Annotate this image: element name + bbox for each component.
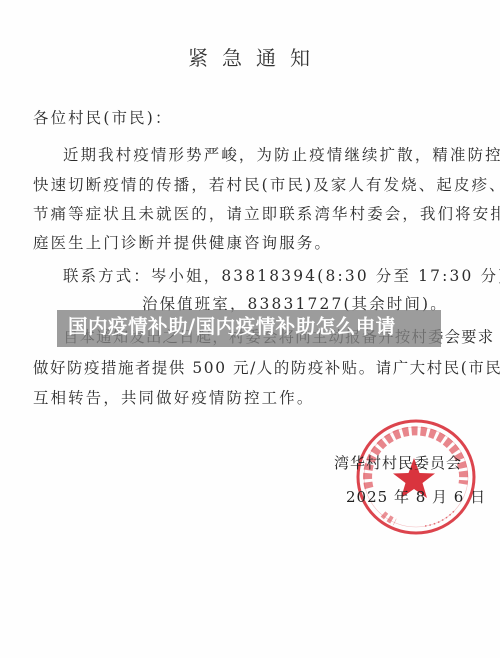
salutation: 各位村民(市民)： xyxy=(33,108,173,128)
signature-committee: 湾华村村民委员会 xyxy=(334,452,462,473)
notice-document: 紧急通知 各位村民(市民)： 近期我村疫情形势严峻，为防止疫情继续扩散，精准防控… xyxy=(0,0,500,658)
body-line: 节痛等症状且未就医的，请立即联系湾华村委会，我们将安排家 xyxy=(33,204,500,224)
subsidy-line: 做好防疫措施者提供 500 元/人的防疫补贴。请广大村民(市民) xyxy=(33,358,500,378)
body-line: 近期我村疫情形势严峻，为防止疫情继续扩散，精准防控， xyxy=(63,145,500,165)
subsidy-line: 互相转告，共同做好疫情防控工作。 xyxy=(33,388,314,408)
official-seal-icon xyxy=(355,418,477,536)
contact-line-primary: 联系方式：岑小姐，83818394(8:30 分至 17:30 分)； xyxy=(63,266,500,286)
document-date: 2025 年 8 月 6 日 xyxy=(346,486,486,507)
body-line: 庭医生上门诊断并提供健康咨询服务。 xyxy=(33,233,332,253)
body-line: 快速切断疫情的传播，若村民(市民)及家人有发烧、起皮疹、关 xyxy=(33,175,500,195)
document-title: 紧急通知 xyxy=(0,42,500,71)
caption-banner-text: 国内疫情补助/国内疫情补助怎么申请 xyxy=(68,313,396,341)
